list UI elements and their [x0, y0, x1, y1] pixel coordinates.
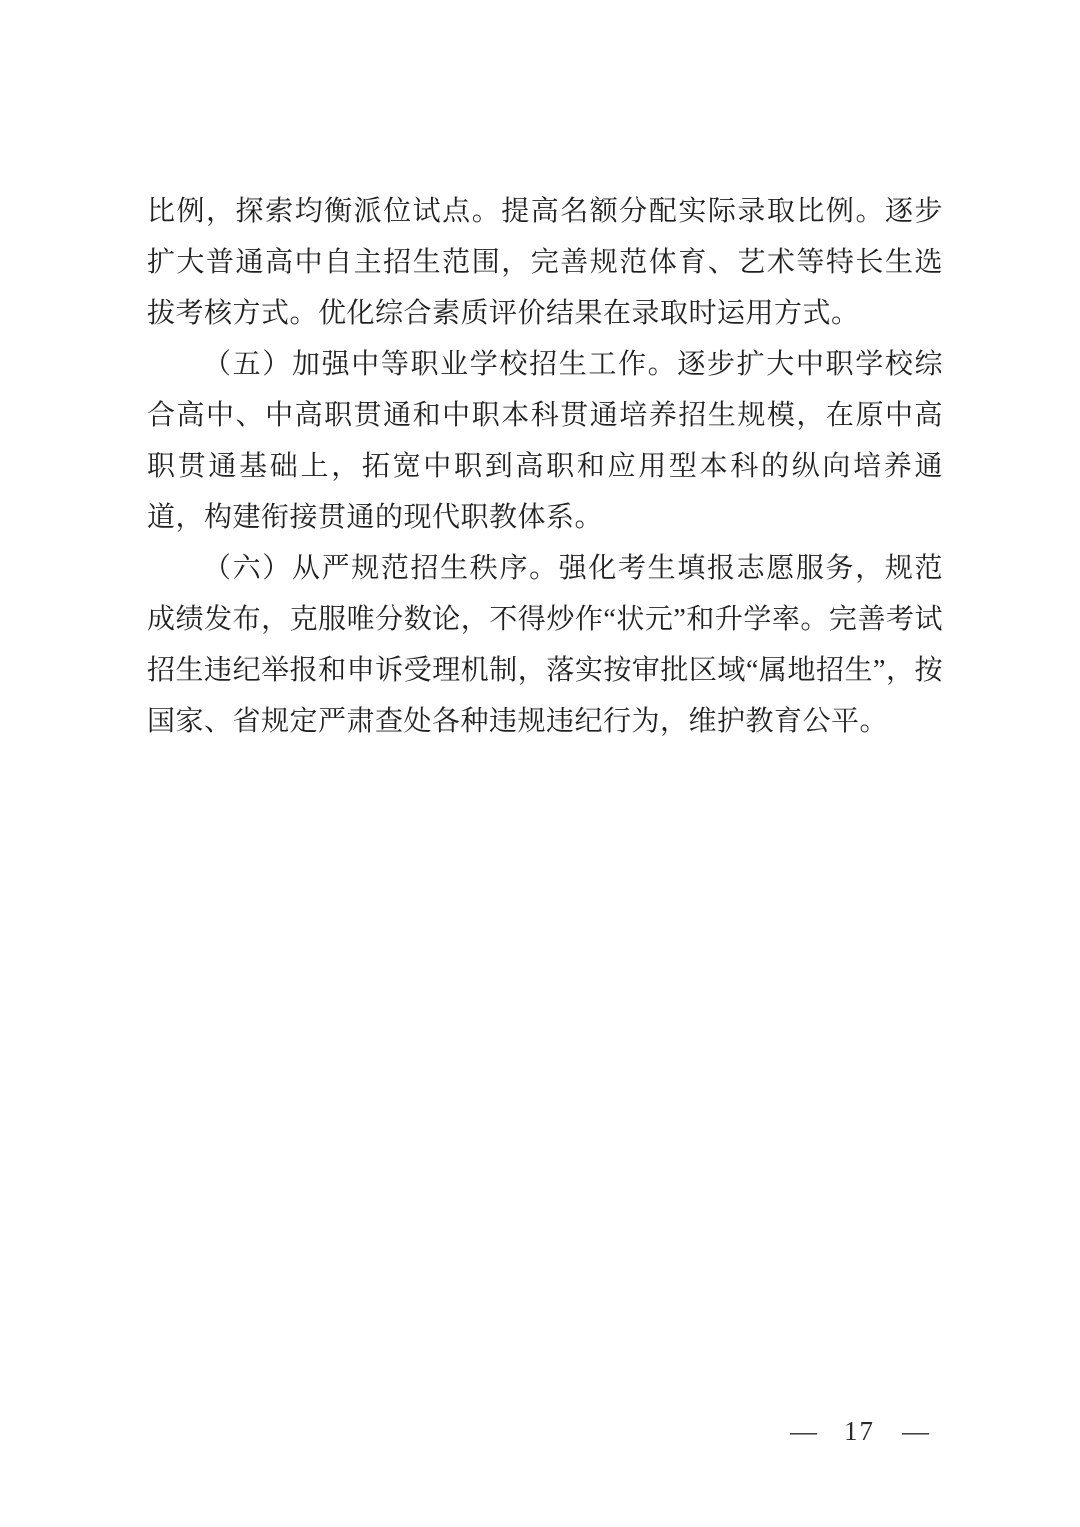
page-number: 17	[844, 1414, 875, 1448]
paragraph-item-5: （五）加强中等职业学校招生工作。逐步扩大中职学校综合高中、中高职贯通和中职本科贯…	[147, 339, 943, 543]
footer-dash-right: —	[902, 1414, 929, 1448]
document-body: 比例，探索均衡派位试点。提高名额分配实际录取比例。逐步扩大普通高中自主招生范围，…	[147, 186, 943, 747]
paragraph-continuation: 比例，探索均衡派位试点。提高名额分配实际录取比例。逐步扩大普通高中自主招生范围，…	[147, 186, 943, 339]
footer-dash-left: —	[790, 1414, 817, 1448]
document-page: 比例，探索均衡派位试点。提高名额分配实际录取比例。逐步扩大普通高中自主招生范围，…	[0, 0, 1080, 1527]
page-footer: — 17 —	[790, 1414, 929, 1448]
paragraph-item-6: （六）从严规范招生秩序。强化考生填报志愿服务，规范成绩发布，克服唯分数论，不得炒…	[147, 543, 943, 747]
